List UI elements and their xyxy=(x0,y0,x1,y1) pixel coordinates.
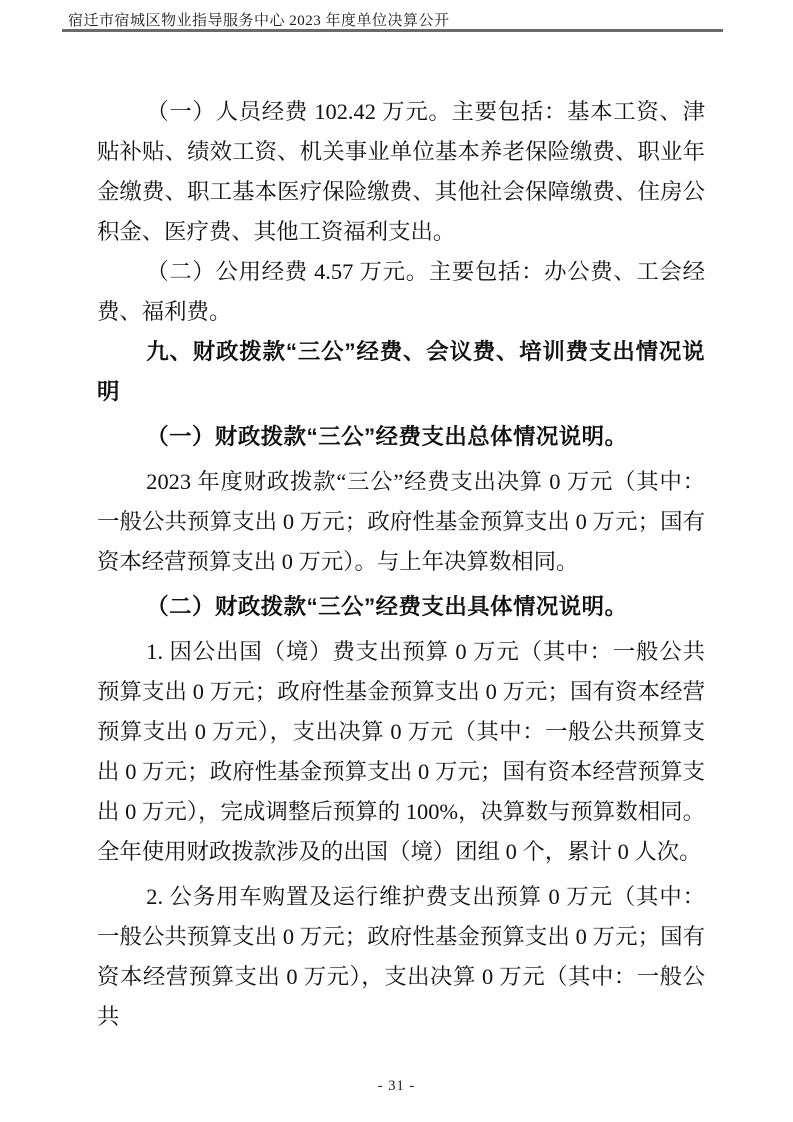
document-body: （一）人员经费 102.42 万元。主要包括：基本工资、津贴补贴、绩效工资、机关… xyxy=(97,92,705,1037)
paragraph-abroad-trip-expense: 1. 因公出国（境）费支出预算 0 万元（其中：一般公共预算支出 0 万元；政府… xyxy=(97,632,705,872)
paragraph-overall-expenditure-2023: 2023 年度财政拨款“三公”经费支出决算 0 万元（其中：一般公共预算支出 0… xyxy=(97,462,705,582)
heading-section-nine-three-public-funds: 九、财政拨款“三公”经费、会议费、培训费支出情况说明 xyxy=(97,332,705,412)
page-footer: - 31 - xyxy=(0,1078,793,1095)
header-title: 宿迁市宿城区物业指导服务中心 2023 年度单位决算公开 xyxy=(68,9,450,30)
paragraph-official-vehicle-expense: 2. 公务用车购置及运行维护费支出预算 0 万元（其中：一般公共预算支出 0 万… xyxy=(97,877,705,1037)
document-page: 宿迁市宿城区物业指导服务中心 2023 年度单位决算公开 （一）人员经费 102… xyxy=(0,0,793,1122)
heading-specific-situation: （二）财政拨款“三公”经费支出具体情况说明。 xyxy=(97,587,705,627)
paragraph-public-expense: （二）公用经费 4.57 万元。主要包括：办公费、工会经费、福利费。 xyxy=(97,252,705,332)
heading-overall-situation: （一）财政拨款“三公”经费支出总体情况说明。 xyxy=(97,417,705,457)
header-rule xyxy=(62,29,723,32)
page-number: - 31 - xyxy=(378,1078,415,1094)
paragraph-personnel-expense: （一）人员经费 102.42 万元。主要包括：基本工资、津贴补贴、绩效工资、机关… xyxy=(97,92,705,252)
